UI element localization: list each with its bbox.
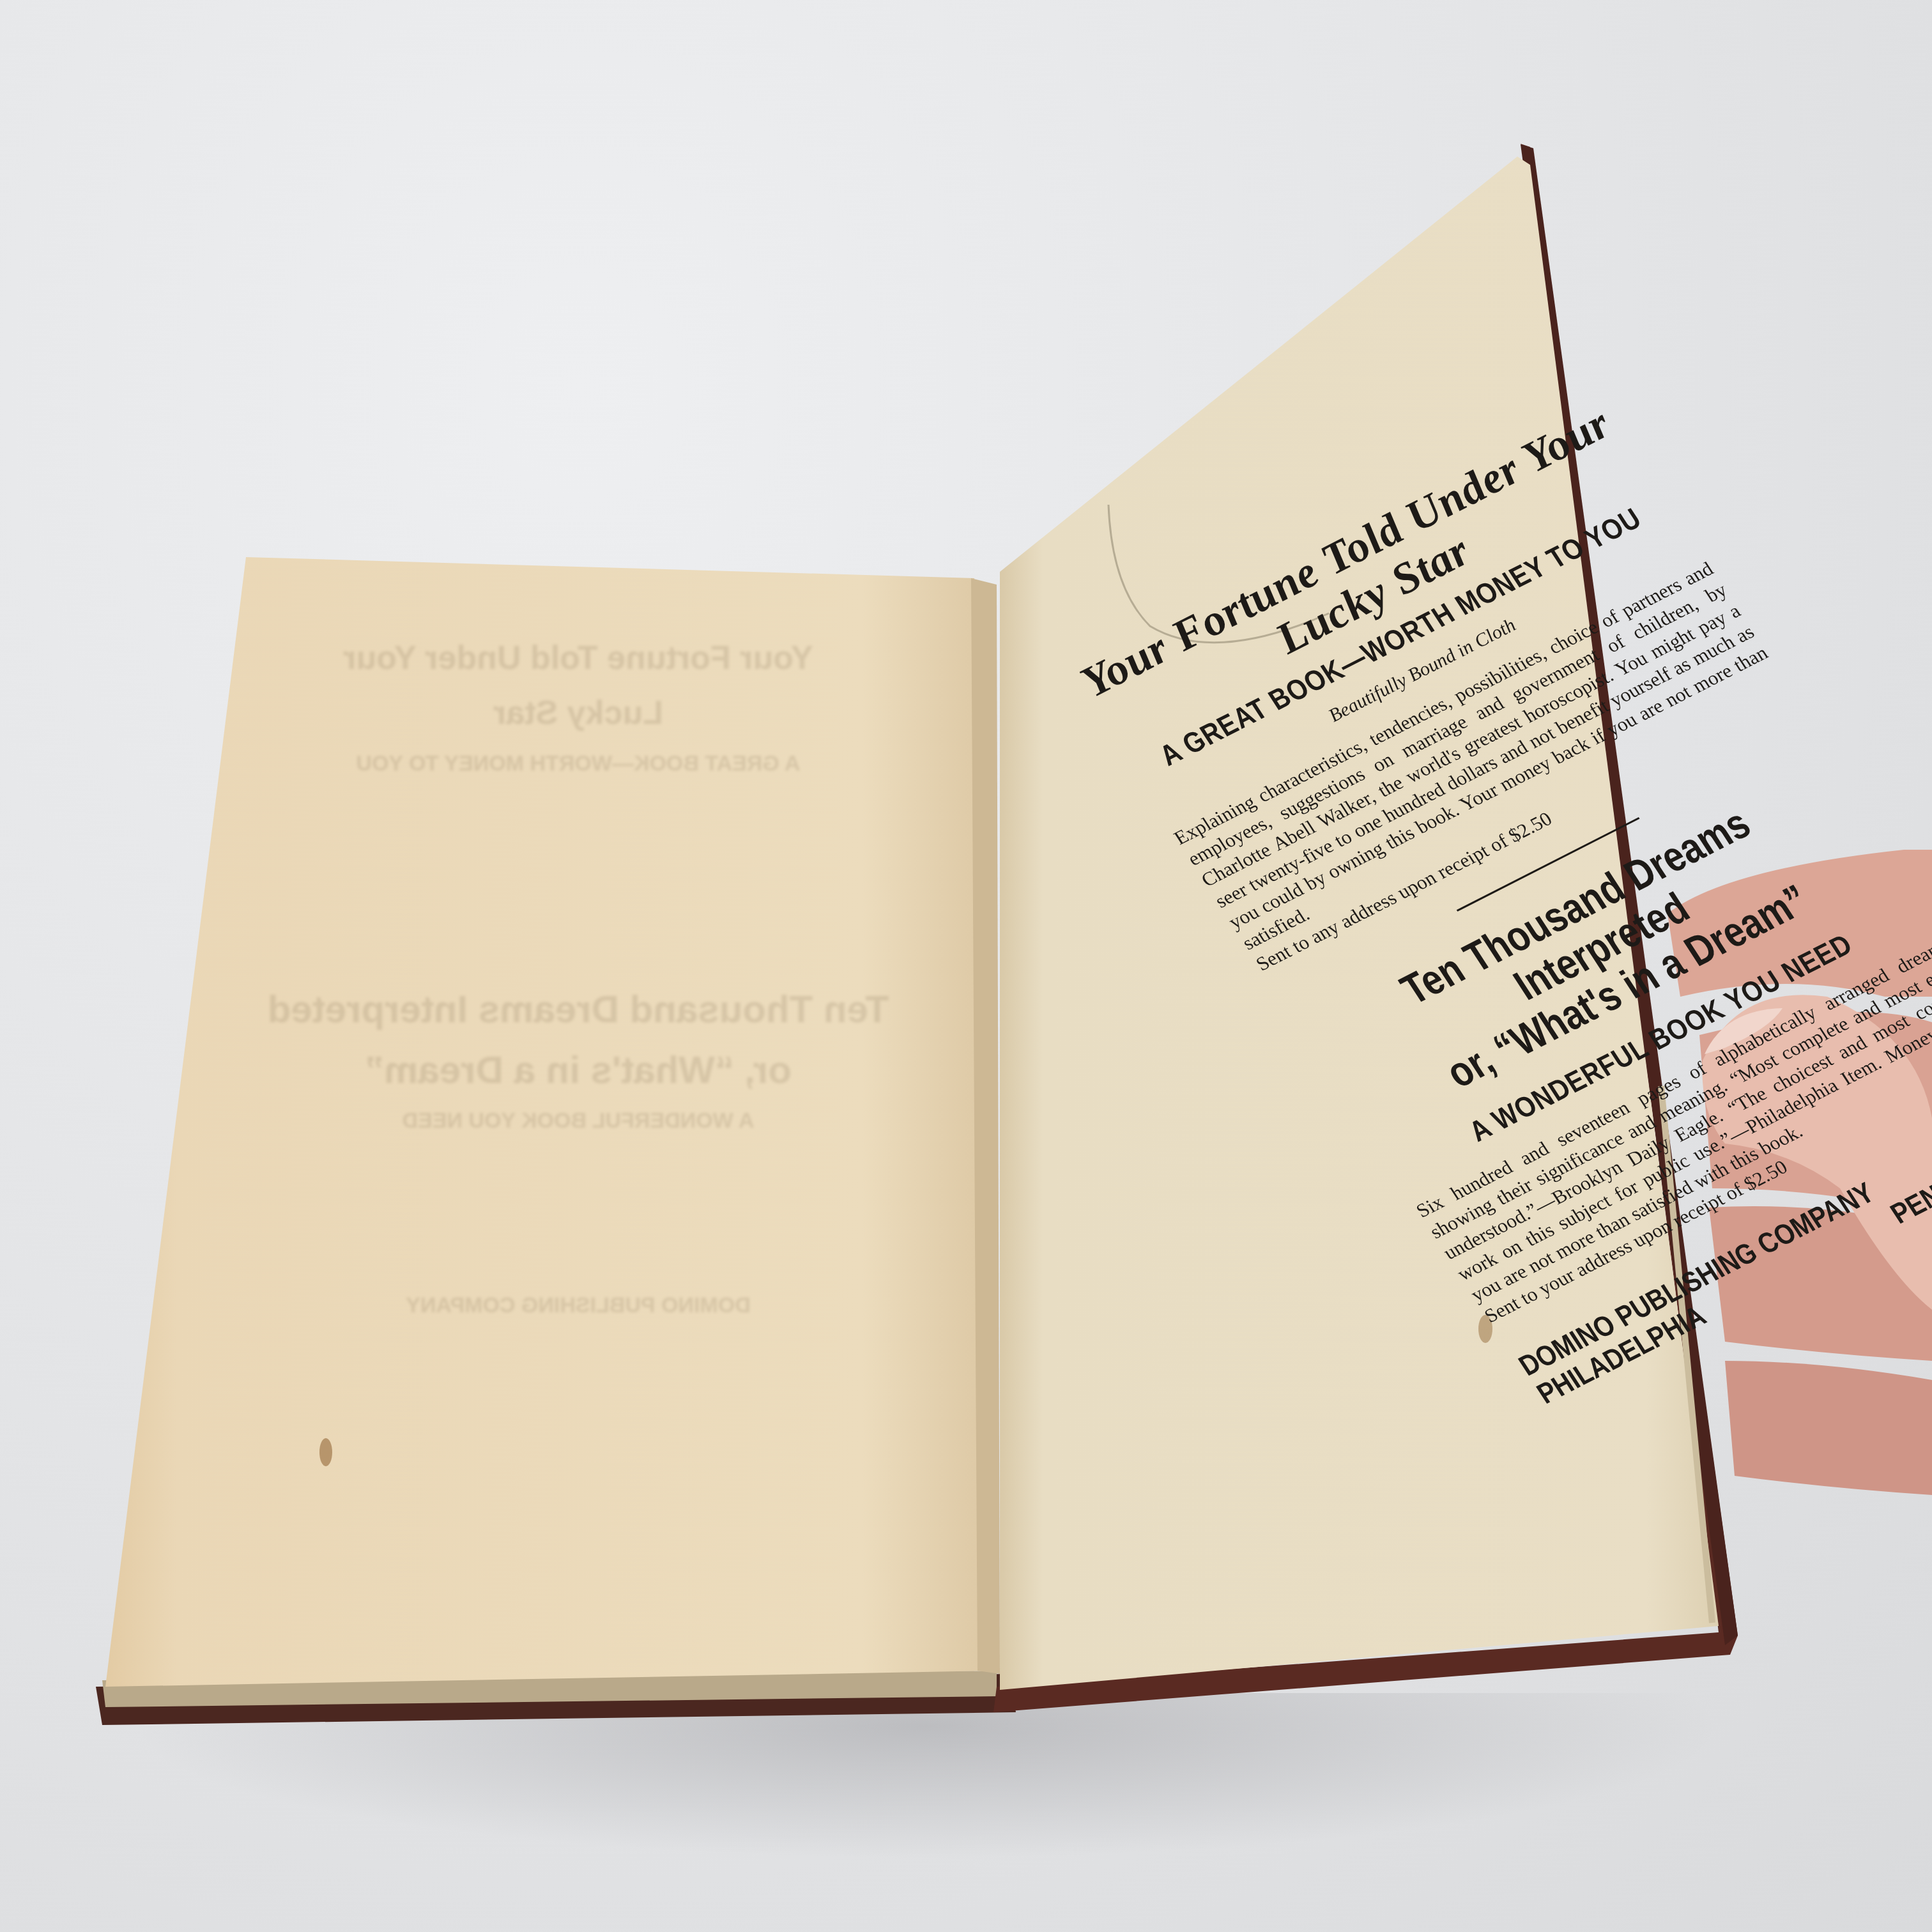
left-page-bleedthrough: Your Fortune Told Under Your Lucky Star …: [211, 639, 946, 1335]
